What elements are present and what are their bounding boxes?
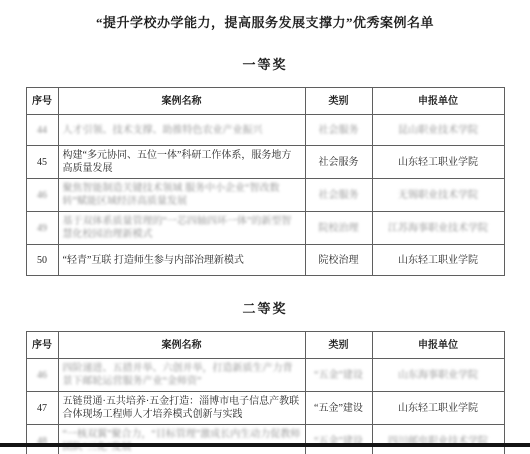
cell-unit: 昆山职业技术学院 (372, 115, 504, 146)
column-header-serial: 序号 (26, 332, 58, 359)
document-page: “提升学校办学能力，提高服务发展支撑力”优秀案例名单 一等奖 序号 案例名称 类… (0, 0, 530, 454)
cell-case-name: 聚焦智能制造关键技术领域 服务中小企业“智改数转”赋能区域经济高质量发展 (58, 179, 305, 212)
cell-unit: 四川邮电职业技术学院 (372, 425, 504, 454)
column-header-case-name: 案例名称 (58, 332, 305, 359)
cell-case-name: 人才引领、技术支撑、助推特色农业产业振兴 (58, 115, 305, 146)
cell-unit: 无锡职业技术学院 (372, 179, 504, 212)
cell-case-name: 构建“多元协同、五位一体”科研工作体系，服务地方高质量发展 (58, 146, 305, 179)
cell-category: 社会服务 (305, 146, 372, 179)
cell-serial: 49 (26, 212, 58, 245)
cell-category: 社会服务 (305, 179, 372, 212)
cell-serial: 44 (26, 115, 58, 146)
page-bottom-edge (0, 443, 530, 447)
column-header-serial: 序号 (26, 88, 58, 115)
page-title: “提升学校办学能力，提高服务发展支撑力”优秀案例名单 (0, 12, 530, 31)
table-row: 49 基于双体系质量管理的“一芯四轴四环一体”的新型智慧化校园治理新模式 院校治… (26, 212, 504, 245)
cell-case-name: “一核双翼”聚合力，“目标管理”激成长内生动力促教师团队“三化”发展 (58, 425, 305, 454)
table-header-row: 序号 案例名称 类别 申报单位 (26, 332, 504, 359)
cell-serial: 46 (26, 359, 58, 392)
cell-category: “五金”建设 (305, 392, 372, 425)
cell-category: 院校治理 (305, 212, 372, 245)
cell-category: “五金”建设 (305, 359, 372, 392)
cell-case-name: 基于双体系质量管理的“一芯四轴四环一体”的新型智慧化校园治理新模式 (58, 212, 305, 245)
cell-serial: 48 (26, 425, 58, 454)
table-row: 46 四阶递进、五措并举、六创并举，打造新质生产力背景下邮轮运营服务产业“金师资… (26, 359, 504, 392)
cell-unit: 山东轻工职业学院 (372, 392, 504, 425)
cell-case-name: “轻青”互联 打造师生参与内部治理新模式 (58, 245, 305, 276)
table-header-row: 序号 案例名称 类别 申报单位 (26, 88, 504, 115)
cell-unit: 山东轻工职业学院 (372, 245, 504, 276)
first-prize-table: 序号 案例名称 类别 申报单位 44 人才引领、技术支撑、助推特色农业产业振兴 … (26, 87, 505, 276)
cell-case-name: 四阶递进、五措并举、六创并举，打造新质生产力背景下邮轮运营服务产业“金师资” (58, 359, 305, 392)
cell-unit: 山东海事职业学院 (372, 359, 504, 392)
cell-serial: 50 (26, 245, 58, 276)
table-row: 47 五链贯通·五共培养·五金打造：淄博市电子信息产教联合体现场工程师人才培养模… (26, 392, 504, 425)
table-row: 46 聚焦智能制造关键技术领域 服务中小企业“智改数转”赋能区域经济高质量发展 … (26, 179, 504, 212)
cell-case-name: 五链贯通·五共培养·五金打造：淄博市电子信息产教联合体现场工程师人才培养模式创新… (58, 392, 305, 425)
section-heading-first-prize: 一等奖 (0, 54, 530, 73)
column-header-unit: 申报单位 (372, 88, 504, 115)
second-prize-table: 序号 案例名称 类别 申报单位 46 四阶递进、五措并举、六创并举，打造新质生产… (26, 331, 505, 454)
cell-unit: 江苏海事职业技术学院 (372, 212, 504, 245)
cell-category: 院校治理 (305, 245, 372, 276)
table-row: 45 构建“多元协同、五位一体”科研工作体系，服务地方高质量发展 社会服务 山东… (26, 146, 504, 179)
table-row: 44 人才引领、技术支撑、助推特色农业产业振兴 社会服务 昆山职业技术学院 (26, 115, 504, 146)
cell-unit: 山东轻工职业学院 (372, 146, 504, 179)
cell-category: 社会服务 (305, 115, 372, 146)
column-header-unit: 申报单位 (372, 332, 504, 359)
table-row: 48 “一核双翼”聚合力，“目标管理”激成长内生动力促教师团队“三化”发展 “五… (26, 425, 504, 454)
table-row: 50 “轻青”互联 打造师生参与内部治理新模式 院校治理 山东轻工职业学院 (26, 245, 504, 276)
section-heading-second-prize: 二等奖 (0, 298, 530, 317)
column-header-category: 类别 (305, 332, 372, 359)
column-header-case-name: 案例名称 (58, 88, 305, 115)
cell-serial: 45 (26, 146, 58, 179)
cell-serial: 47 (26, 392, 58, 425)
cell-serial: 46 (26, 179, 58, 212)
column-header-category: 类别 (305, 88, 372, 115)
cell-category: “五金”建设 (305, 425, 372, 454)
